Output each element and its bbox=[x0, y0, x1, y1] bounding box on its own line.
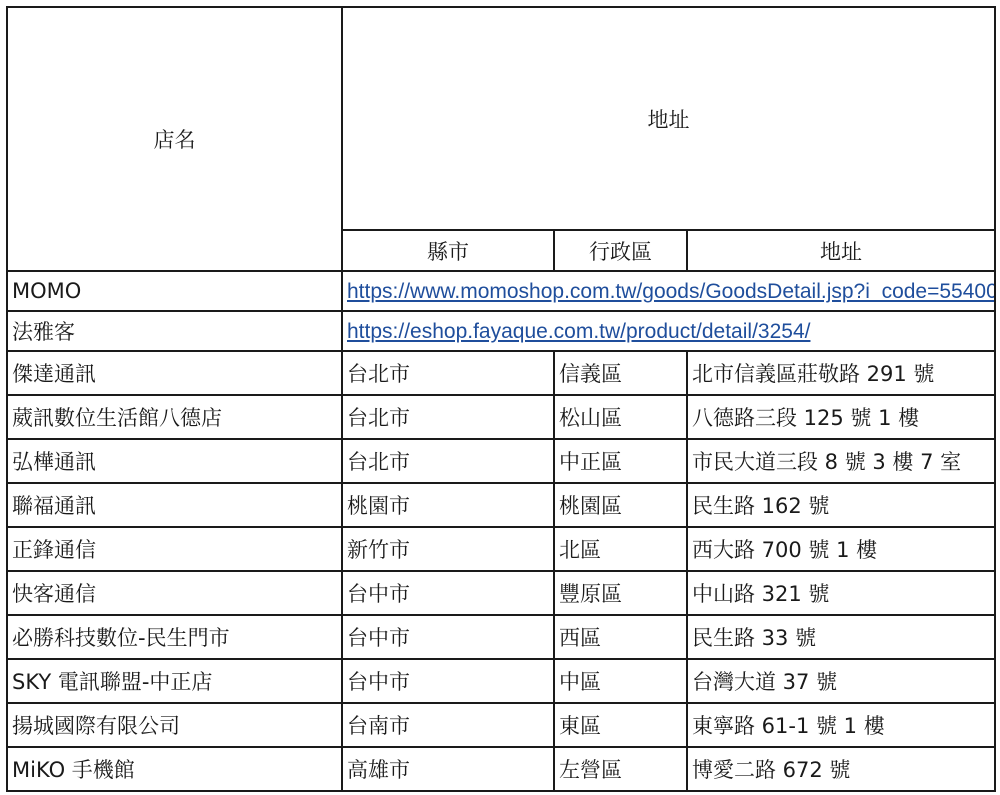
store-address: 東寧路 61-1 號 1 樓 bbox=[687, 703, 995, 747]
store-city: 台北市 bbox=[342, 351, 554, 395]
header-city: 縣市 bbox=[342, 230, 554, 271]
table-row: MiKO 手機館 高雄市 左營區 博愛二路 672 號 bbox=[7, 747, 995, 791]
store-url-link[interactable]: https://www.momoshop.com.tw/goods/GoodsD… bbox=[347, 280, 995, 303]
store-city: 台北市 bbox=[342, 439, 554, 483]
store-name: 正鋒通信 bbox=[7, 527, 342, 571]
store-name: 葳訊數位生活館八德店 bbox=[7, 395, 342, 439]
table-row: 必勝科技數位-民生門市 台中市 西區 民生路 33 號 bbox=[7, 615, 995, 659]
table-row: 快客通信 台中市 豐原區 中山路 321 號 bbox=[7, 571, 995, 615]
store-name: 法雅客 bbox=[7, 311, 342, 351]
store-url-cell: https://www.momoshop.com.tw/goods/GoodsD… bbox=[342, 271, 995, 311]
store-address: 民生路 33 號 bbox=[687, 615, 995, 659]
store-city: 新竹市 bbox=[342, 527, 554, 571]
header-district: 行政區 bbox=[554, 230, 687, 271]
header-address: 地址 bbox=[687, 230, 995, 271]
store-name: 傑達通訊 bbox=[7, 351, 342, 395]
store-address: 博愛二路 672 號 bbox=[687, 747, 995, 791]
table-row-link: MOMO https://www.momoshop.com.tw/goods/G… bbox=[7, 271, 995, 311]
store-address: 北市信義區莊敬路 291 號 bbox=[687, 351, 995, 395]
store-address: 市民大道三段 8 號 3 樓 7 室 bbox=[687, 439, 995, 483]
store-address-table: 店名 地址 縣市 行政區 地址 MOMO https://www.momosho… bbox=[6, 6, 996, 792]
store-district: 中區 bbox=[554, 659, 687, 703]
store-name: 必勝科技數位-民生門市 bbox=[7, 615, 342, 659]
table-row: 傑達通訊 台北市 信義區 北市信義區莊敬路 291 號 bbox=[7, 351, 995, 395]
table-row: 葳訊數位生活館八德店 台北市 松山區 八德路三段 125 號 1 樓 bbox=[7, 395, 995, 439]
store-name: MOMO bbox=[7, 271, 342, 311]
store-address: 民生路 162 號 bbox=[687, 483, 995, 527]
store-district: 西區 bbox=[554, 615, 687, 659]
store-name: 聯福通訊 bbox=[7, 483, 342, 527]
store-district: 信義區 bbox=[554, 351, 687, 395]
store-district: 東區 bbox=[554, 703, 687, 747]
store-district: 豐原區 bbox=[554, 571, 687, 615]
header-store-name: 店名 bbox=[7, 7, 342, 271]
store-city: 台北市 bbox=[342, 395, 554, 439]
store-district: 左營區 bbox=[554, 747, 687, 791]
store-city: 台中市 bbox=[342, 615, 554, 659]
header-address-group: 地址 bbox=[342, 7, 995, 230]
table-row: SKY 電訊聯盟-中正店 台中市 中區 台灣大道 37 號 bbox=[7, 659, 995, 703]
table-row: 弘樺通訊 台北市 中正區 市民大道三段 8 號 3 樓 7 室 bbox=[7, 439, 995, 483]
store-district: 中正區 bbox=[554, 439, 687, 483]
store-city: 桃園市 bbox=[342, 483, 554, 527]
store-city: 台中市 bbox=[342, 659, 554, 703]
store-address: 中山路 321 號 bbox=[687, 571, 995, 615]
store-district: 松山區 bbox=[554, 395, 687, 439]
table-row-link: 法雅客 https://eshop.fayaque.com.tw/product… bbox=[7, 311, 995, 351]
store-city: 台中市 bbox=[342, 571, 554, 615]
store-name: 弘樺通訊 bbox=[7, 439, 342, 483]
table-row: 聯福通訊 桃園市 桃園區 民生路 162 號 bbox=[7, 483, 995, 527]
table-row: 揚城國際有限公司 台南市 東區 東寧路 61-1 號 1 樓 bbox=[7, 703, 995, 747]
table-row: 正鋒通信 新竹市 北區 西大路 700 號 1 樓 bbox=[7, 527, 995, 571]
store-city: 高雄市 bbox=[342, 747, 554, 791]
store-url-link[interactable]: https://eshop.fayaque.com.tw/product/det… bbox=[347, 320, 810, 343]
store-name: 快客通信 bbox=[7, 571, 342, 615]
store-url-cell: https://eshop.fayaque.com.tw/product/det… bbox=[342, 311, 995, 351]
store-address: 西大路 700 號 1 樓 bbox=[687, 527, 995, 571]
store-address: 台灣大道 37 號 bbox=[687, 659, 995, 703]
store-city: 台南市 bbox=[342, 703, 554, 747]
header-row-top: 店名 地址 bbox=[7, 7, 995, 230]
store-name: MiKO 手機館 bbox=[7, 747, 342, 791]
store-name: SKY 電訊聯盟-中正店 bbox=[7, 659, 342, 703]
store-name: 揚城國際有限公司 bbox=[7, 703, 342, 747]
store-district: 北區 bbox=[554, 527, 687, 571]
store-district: 桃園區 bbox=[554, 483, 687, 527]
store-address: 八德路三段 125 號 1 樓 bbox=[687, 395, 995, 439]
